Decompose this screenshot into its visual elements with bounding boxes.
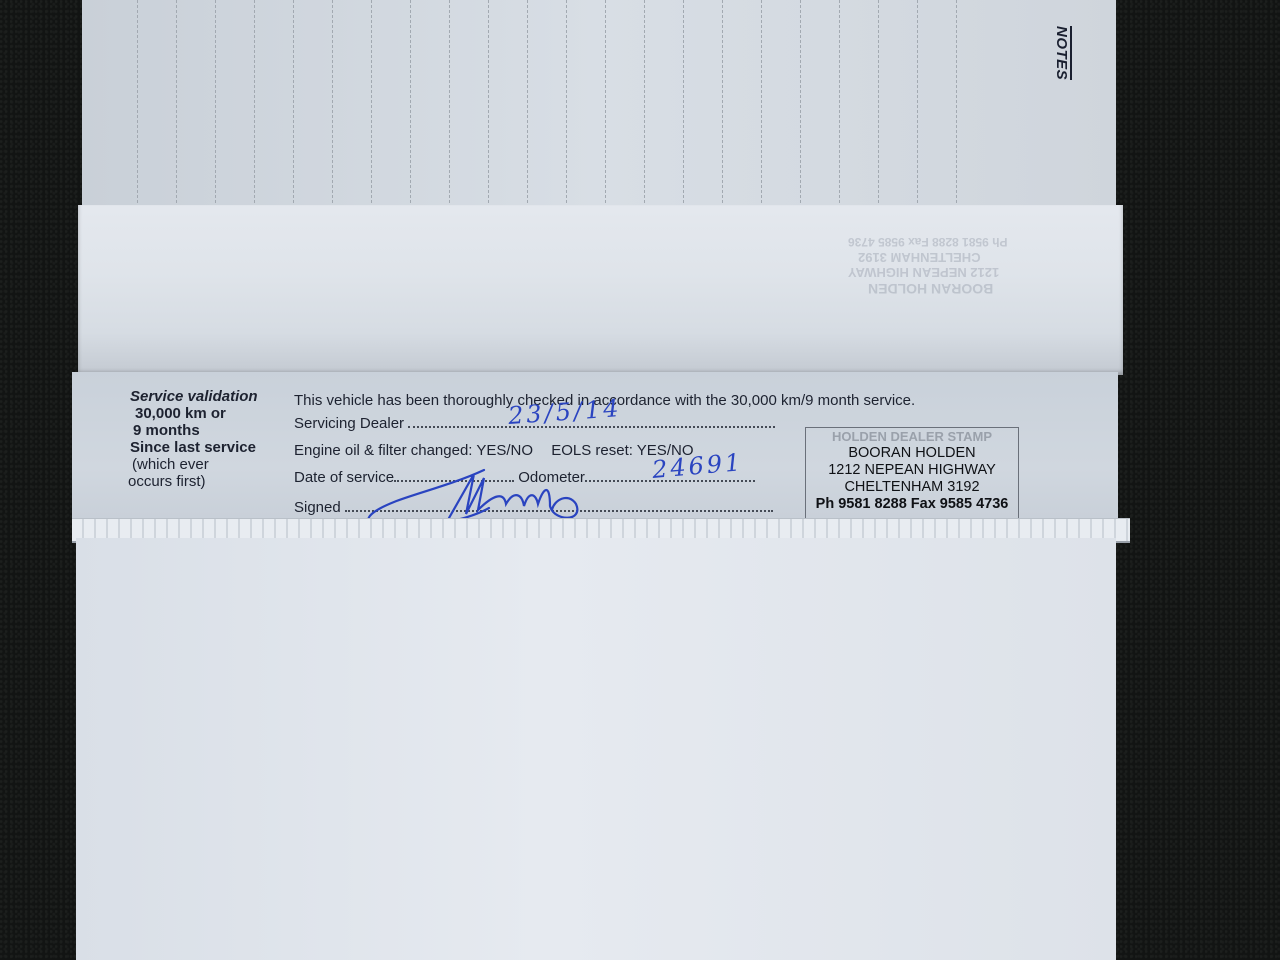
dealer-address: 1212 NEPEAN HIGHWAY — [806, 462, 1018, 479]
service-interval-label: Service validation 30,000 km or 9 months… — [130, 388, 258, 490]
dealer-suburb: CHELTENHAM 3192 — [806, 479, 1018, 496]
blank-page — [76, 538, 1116, 960]
dealer-stamp: HOLDEN DEALER STAMP BOORAN HOLDEN 1212 N… — [805, 427, 1019, 519]
dealer-name: BOORAN HOLDEN — [806, 445, 1018, 462]
notes-page: NOTES — [82, 0, 1116, 215]
bleed-text: CHELTENHAM 3192 — [858, 250, 981, 265]
section-heading: Service validation — [130, 388, 258, 405]
bleed-text: BOORAN HOLDEN — [868, 281, 993, 297]
bleed-text: Ph 9581 8288 Fax 9585 4736 — [848, 235, 1007, 249]
dealer-phone: Ph 9581 8288 Fax 9585 4736 — [806, 496, 1018, 513]
engine-oil-label: Engine oil & filter changed: YES/NO — [294, 442, 533, 459]
notes-title: NOTES — [1053, 26, 1072, 80]
folded-flap: Ph 9581 8288 Fax 9585 4736 CHELTENHAM 31… — [78, 205, 1123, 375]
bleed-text: 1212 NEPEAN HIGHWAY — [848, 265, 999, 280]
ruled-lines — [137, 0, 976, 203]
service-validation-section: Service validation 30,000 km or 9 months… — [72, 372, 1118, 532]
checks-row: Engine oil & filter changed: YES/NO EOLS… — [294, 442, 693, 459]
stamp-header: HOLDEN DEALER STAMP — [806, 428, 1018, 445]
